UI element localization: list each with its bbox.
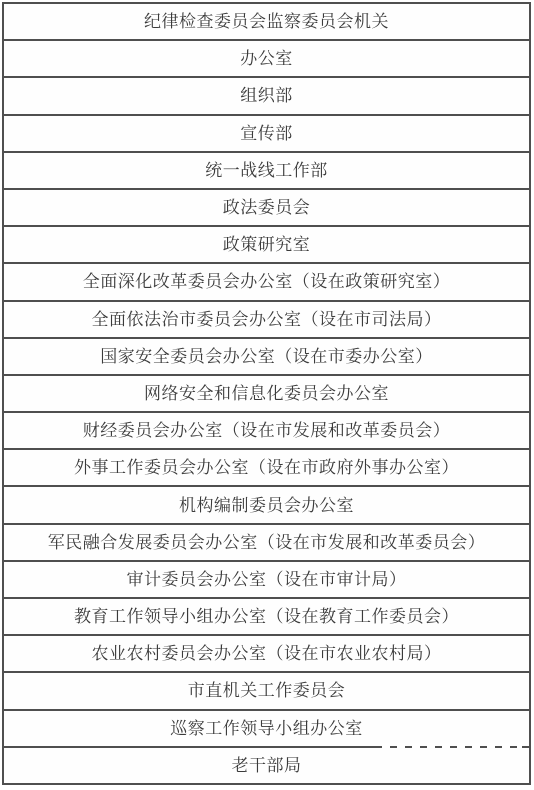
department-label: 外事工作委员会办公室（设在市政府外事办公室） [74, 459, 459, 476]
department-label: 市直机关工作委员会 [188, 682, 346, 699]
department-label: 政法委员会 [223, 199, 311, 216]
table-row: 政法委员会 [4, 190, 529, 227]
department-label: 网络安全和信息化委员会办公室 [144, 385, 389, 402]
table-row: 统一战线工作部 [4, 153, 529, 190]
table-row: 巡察工作领导小组办公室 [4, 711, 529, 748]
department-label: 机构编制委员会办公室 [179, 497, 354, 514]
table-row: 教育工作领导小组办公室（设在教育工作委员会） [4, 599, 529, 636]
department-label: 审计委员会办公室（设在市审计局） [127, 571, 407, 588]
department-label: 教育工作领导小组办公室（设在教育工作委员会） [74, 608, 459, 625]
table-row: 组织部 [4, 78, 529, 115]
table-row: 外事工作委员会办公室（设在市政府外事办公室） [4, 450, 529, 487]
department-label: 全面依法治市委员会办公室（设在市司法局） [92, 311, 442, 328]
department-label: 国家安全委员会办公室（设在市委办公室） [100, 348, 433, 365]
department-label: 宣传部 [240, 125, 293, 142]
department-label: 办公室 [240, 50, 293, 67]
department-label: 财经委员会办公室（设在市发展和改革委员会） [83, 422, 451, 439]
department-label: 农业农村委员会办公室（设在市农业农村局） [92, 645, 442, 662]
department-label: 组织部 [240, 87, 293, 104]
department-table: 纪律检查委员会监察委员会机关办公室组织部宣传部统一战线工作部政法委员会政策研究室… [2, 2, 531, 785]
table-row: 宣传部 [4, 116, 529, 153]
department-label: 老干部局 [232, 757, 302, 774]
table-row: 网络安全和信息化委员会办公室 [4, 376, 529, 413]
table-row: 机构编制委员会办公室 [4, 487, 529, 524]
department-label: 军民融合发展委员会办公室（设在市发展和改革委员会） [48, 534, 486, 551]
table-row: 政策研究室 [4, 227, 529, 264]
table-row: 老干部局 [4, 748, 529, 783]
table-row: 市直机关工作委员会 [4, 673, 529, 710]
table-row: 军民融合发展委员会办公室（设在市发展和改革委员会） [4, 525, 529, 562]
table-row: 国家安全委员会办公室（设在市委办公室） [4, 339, 529, 376]
department-label: 政策研究室 [223, 236, 311, 253]
department-label: 统一战线工作部 [205, 162, 328, 179]
table-row: 审计委员会办公室（设在市审计局） [4, 562, 529, 599]
table-row: 农业农村委员会办公室（设在市农业农村局） [4, 636, 529, 673]
screenshot-root: 纪律检查委员会监察委员会机关办公室组织部宣传部统一战线工作部政法委员会政策研究室… [0, 0, 534, 790]
table-row: 全面深化改革委员会办公室（设在政策研究室） [4, 264, 529, 301]
table-row: 财经委员会办公室（设在市发展和改革委员会） [4, 413, 529, 450]
table-row: 全面依法治市委员会办公室（设在市司法局） [4, 302, 529, 339]
department-label: 巡察工作领导小组办公室 [170, 720, 363, 737]
department-label: 全面深化改革委员会办公室（设在政策研究室） [83, 273, 451, 290]
table-row: 纪律检查委员会监察委员会机关 [4, 4, 529, 41]
department-label: 纪律检查委员会监察委员会机关 [144, 13, 389, 30]
table-row: 办公室 [4, 41, 529, 78]
